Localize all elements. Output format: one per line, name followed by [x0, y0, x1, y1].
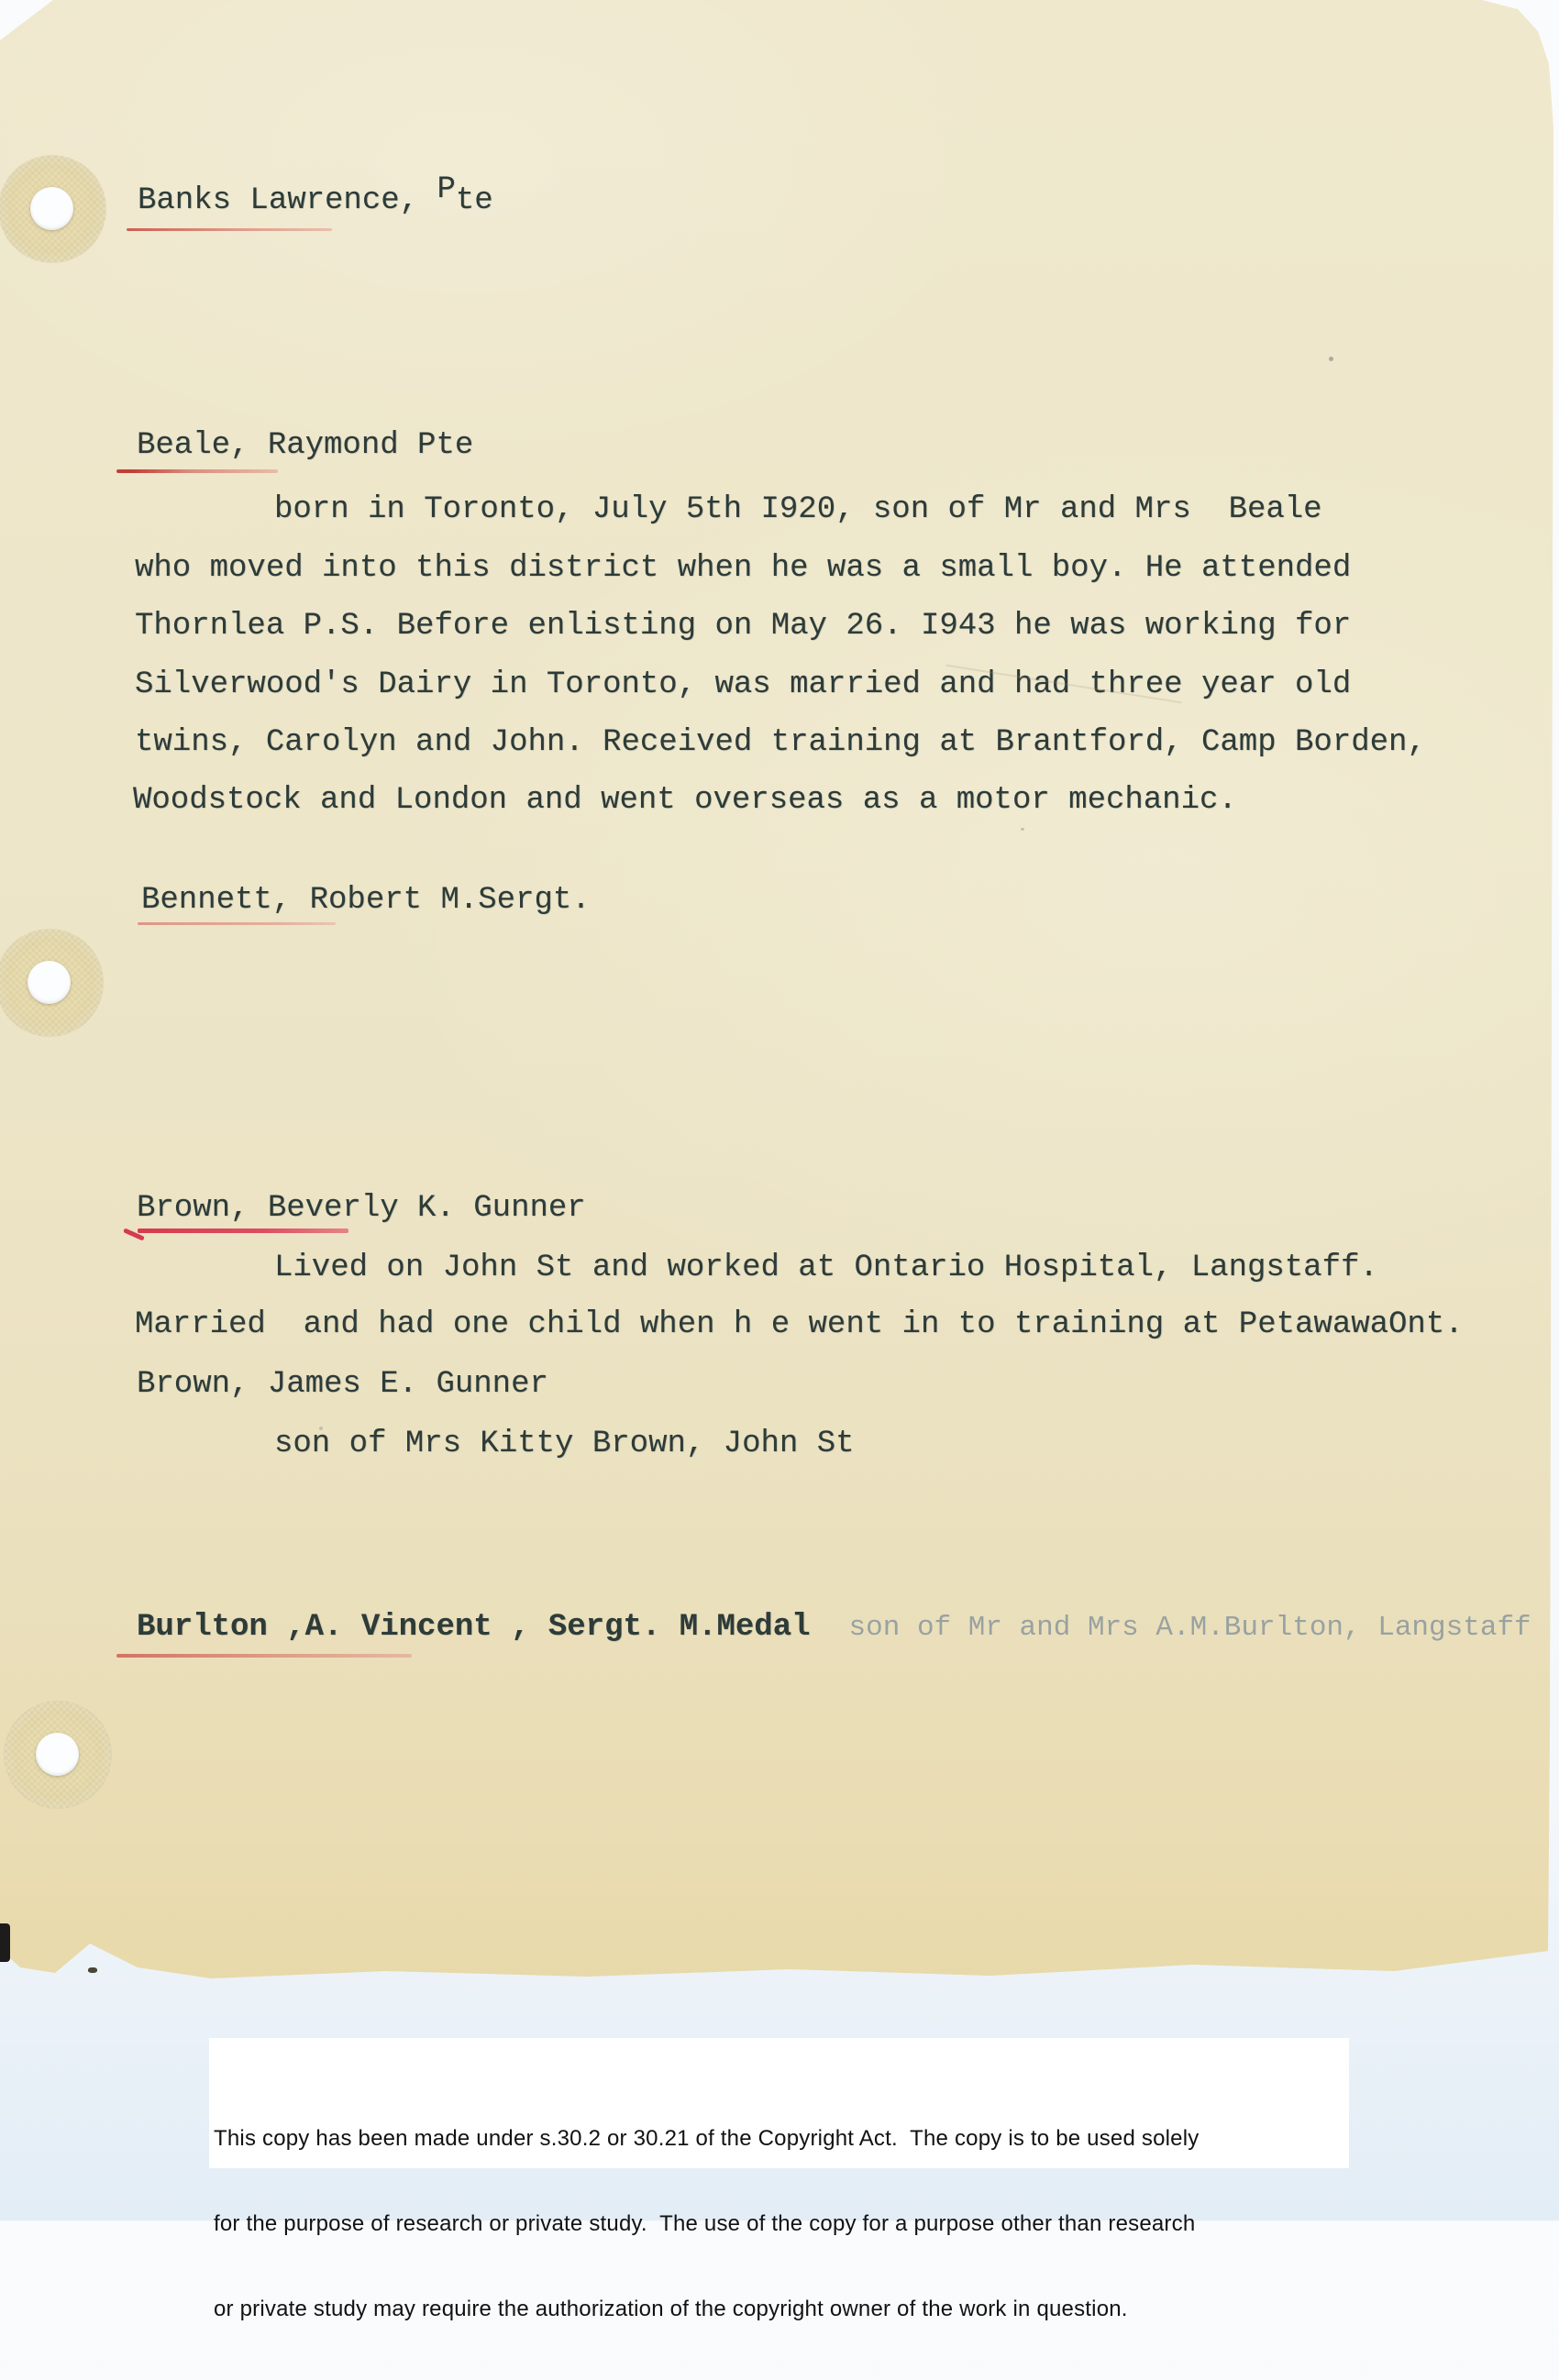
entry-body-line: Thornlea P.S. Before enlisting on May 26…: [135, 606, 1351, 646]
paper-speck: [319, 1427, 323, 1430]
entry-body-line: Married and had one child when h e went …: [135, 1305, 1464, 1345]
entry-body-line: twins, Carolyn and John. Received traini…: [135, 722, 1426, 763]
red-underline-beale: [116, 469, 278, 473]
entry-title-brown-beverly: Brown, Beverly K. Gunner: [137, 1188, 586, 1229]
red-underline-banks: [127, 228, 332, 231]
entry-body-line: born in Toronto, July 5th I920, son of M…: [274, 490, 1322, 530]
paper-speck: [1329, 357, 1333, 361]
scanner-edge-mark: [0, 1923, 10, 1962]
hole-punch-top: [0, 155, 106, 263]
entry-title-burlton-text: Burlton ,A. Vincent , Sergt. M.Medal: [137, 1610, 811, 1645]
red-underline-burlton: [116, 1654, 412, 1658]
entry-note-burlton: son of Mr and Mrs A.M.Burlton, Langstaff: [849, 1612, 1531, 1644]
entry-body-line: son of Mrs Kitty Brown, John St: [274, 1424, 855, 1464]
hole-punch-bottom: [4, 1701, 112, 1809]
scanned-page: Banks Lawrence, Pte Beale, Raymond Pte b…: [0, 0, 1559, 2220]
paper-edge-speck: [88, 1967, 97, 1973]
entry-title-bennett: Bennett, Robert M.Sergt.: [141, 880, 591, 920]
paper-speck: [1021, 828, 1024, 831]
entry-body-line: Lived on John St and worked at Ontario H…: [274, 1248, 1378, 1288]
entry-body-line: who moved into this district when he was…: [135, 548, 1351, 589]
copyright-notice-text: This copy has been made under s.30.2 or …: [214, 2067, 1199, 2220]
hole-punch-middle: [0, 929, 104, 1037]
red-underline-brown-beverly: [138, 1229, 348, 1233]
entry-title-banks: Banks Lawrence, Pte: [138, 181, 493, 221]
copyright-line: for the purpose of research or private s…: [214, 2209, 1199, 2220]
entry-title-brown-james: Brown, James E. Gunner: [137, 1364, 548, 1405]
aged-paper-sheet: [0, 0, 1553, 1982]
copyright-notice-box: This copy has been made under s.30.2 or …: [209, 2038, 1349, 2168]
entry-title-burlton: Burlton ,A. Vincent , Sergt. M.Medalson …: [137, 1607, 1531, 1648]
copyright-line: This copy has been made under s.30.2 or …: [214, 2124, 1199, 2153]
entry-body-line: Woodstock and London and went overseas a…: [133, 780, 1237, 821]
entry-title-banks-rank: te: [456, 183, 493, 218]
entry-title-banks-text: Banks Lawrence,: [138, 183, 437, 218]
entry-title-beale: Beale, Raymond Pte: [137, 425, 473, 466]
red-underline-bennett: [138, 922, 336, 925]
superscript-p: P: [437, 172, 455, 207]
